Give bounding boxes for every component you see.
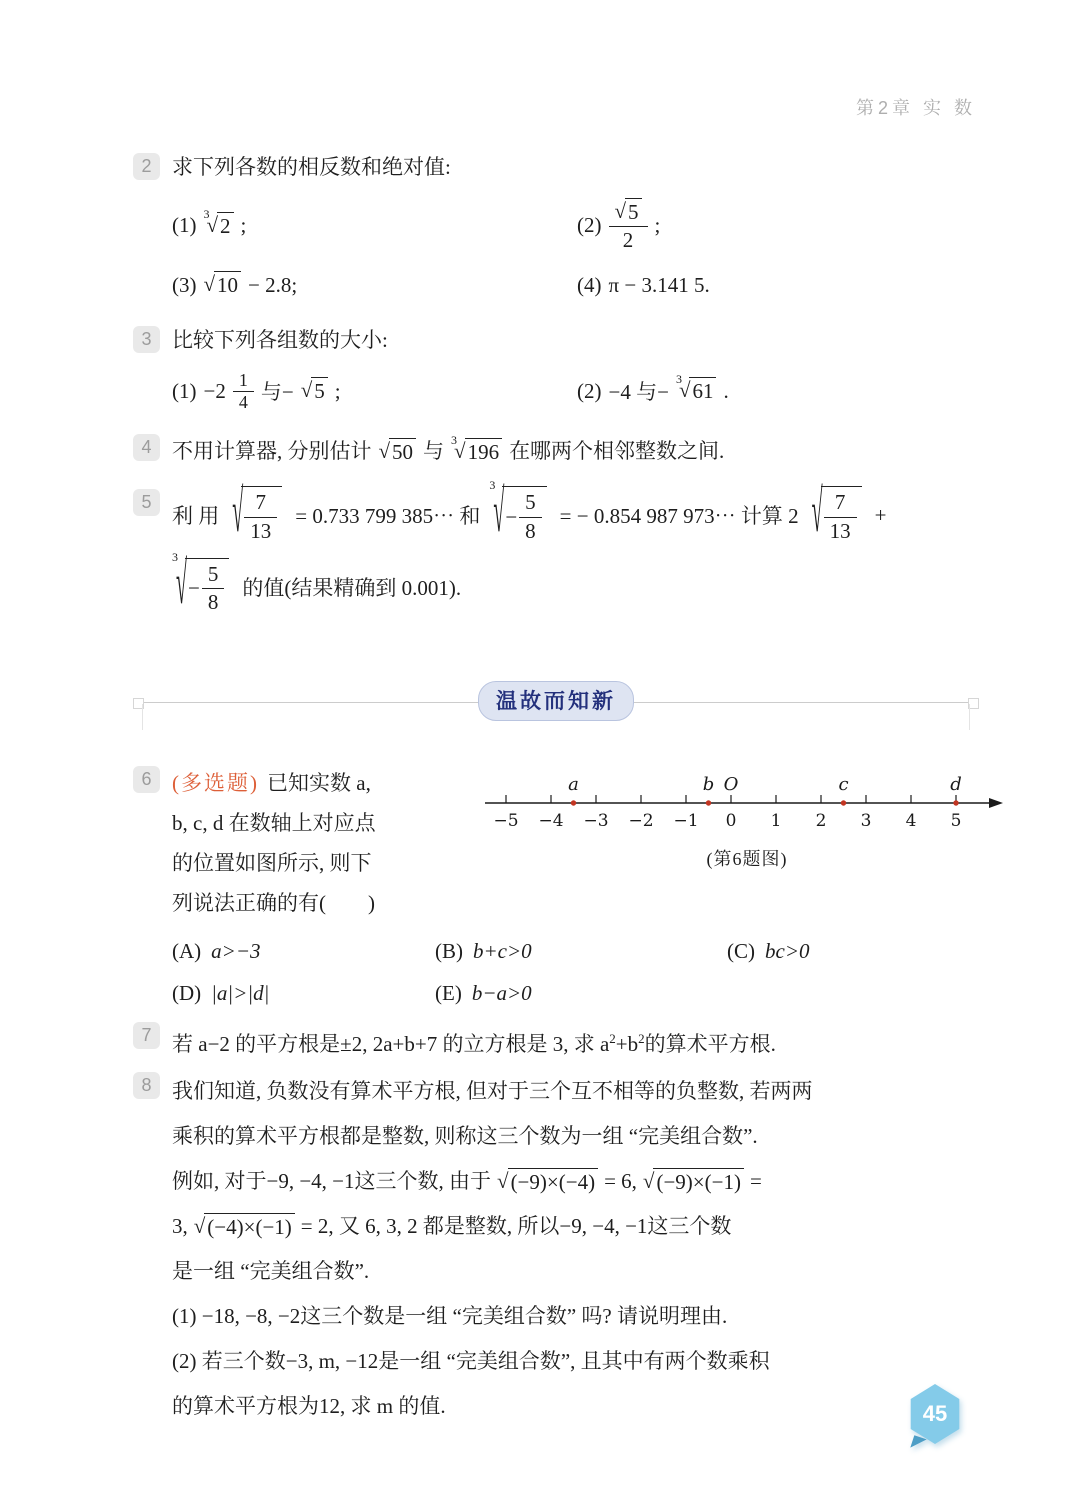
svg-text:4: 4 <box>906 811 917 831</box>
svg-text:−4: −4 <box>538 811 563 831</box>
fraction: 58 <box>202 562 225 615</box>
item-after: − 2.8; <box>248 273 297 298</box>
problem-8-line-4: 3, √(−4)×(−1) = 2, 又 6, 3, 2 都是整数, 所以−9,… <box>172 1204 979 1249</box>
root-index: 3 <box>676 373 682 385</box>
item-after: ; <box>655 213 661 238</box>
problem-6-content: (多选题)已知实数 a, b, c, d 在数轴上对应点 的位置如图所示, 则下… <box>172 763 1012 1013</box>
svg-text:O: O <box>724 774 739 795</box>
numberline-svg: −5−4−3−2−1012345Oabcd <box>482 767 1012 831</box>
item-label: (2) <box>577 379 602 404</box>
mixed-number-integer: −2 <box>204 379 226 404</box>
square-root: √(−4)×(−1) <box>194 1213 295 1240</box>
option-expr: b−a>0 <box>472 973 532 1013</box>
problem-5-line-2: 3√−58 的值(结果精确到 0.001). <box>172 558 979 615</box>
problem-2-item-4: (4) π − 3.141 5. <box>577 273 979 298</box>
radicand: 713 <box>821 486 862 543</box>
radicand: 196 <box>465 438 503 465</box>
equation-text: = − 0.854 987 973⋯ 计算 2 <box>560 500 799 530</box>
svg-text:d: d <box>950 774 962 795</box>
text: 已知实数 a, <box>267 771 371 795</box>
equation-text: = 0.733 799 385⋯ 和 <box>295 500 480 530</box>
radicand: 5 <box>311 377 328 404</box>
problem-7-content: 若 a−2 的平方根是±2, 2a+b+7 的立方根是 3, 求 a2+b2的算… <box>172 1019 979 1061</box>
problem-7-number-badge: 7 <box>133 1022 160 1049</box>
fraction-denominator: 13 <box>244 517 277 544</box>
numberline-figure: −5−4−3−2−1012345Oabcd (第6题图) <box>482 763 1012 923</box>
problem-8-content: 我们知道, 负数没有算术平方根, 但对于三个互不相等的负整数, 若两两 乘积的算… <box>172 1069 979 1429</box>
square-root: √(−9)×(−4) <box>497 1168 598 1195</box>
problem-5: 5 利 用 √713 = 0.733 799 385⋯ 和 3√−58 = − … <box>133 486 979 629</box>
fraction: 1 4 <box>233 371 254 412</box>
problem-4-number-badge: 4 <box>133 434 160 461</box>
item-label: (3) <box>172 273 197 298</box>
radical-sign: √ <box>493 483 504 543</box>
problem-2: 2 求下列各数的相反数和绝对值: (1) 3√2 ; (2) √5 2 <box>133 150 979 299</box>
problem-2-content: 求下列各数的相反数和绝对值: (1) 3√2 ; (2) √5 2 ; <box>172 150 979 299</box>
root-index: 3 <box>204 208 210 220</box>
svg-text:−3: −3 <box>583 811 608 831</box>
fraction-denominator: 2 <box>609 226 648 253</box>
problem-4-line: 不用计算器, 分别估计 √50 与 3√196 在哪两个相邻整数之间. <box>172 434 979 468</box>
item-mid: 与− <box>261 376 294 406</box>
divider-corner-left-line <box>142 704 143 730</box>
text-pre: 不用计算器, 分别估计 <box>172 434 372 468</box>
multi-select-tag: (多选题) <box>172 771 259 795</box>
svg-text:c: c <box>838 774 848 795</box>
item-after: . <box>723 379 728 404</box>
cube-root: 3√196 <box>451 438 502 465</box>
fraction-denominator: 8 <box>519 517 542 544</box>
problem-2-number-badge: 2 <box>133 153 160 180</box>
svg-text:−1: −1 <box>673 811 698 831</box>
fraction-numerator: √5 <box>609 198 648 226</box>
svg-text:0: 0 <box>726 811 737 831</box>
text-after: 的值(结果精确到 0.001). <box>242 572 461 602</box>
problem-3: 3 比较下列各组数的大小: (1) −2 1 4 与− √5 ; <box>133 323 979 412</box>
fraction: 713 <box>824 490 857 543</box>
problem-8-line-2: 乘积的算术平方根都是整数, 则称这三个数为一组 “完美组合数”. <box>172 1114 979 1159</box>
problem-5-content: 利 用 √713 = 0.733 799 385⋯ 和 3√−58 = − 0.… <box>172 486 979 629</box>
text-pre: 利 用 <box>172 500 219 530</box>
problem-8-number-badge: 8 <box>133 1072 160 1099</box>
problem-6-line-2: b, c, d 在数轴上对应点 <box>172 803 474 843</box>
problem-6-text: (多选题)已知实数 a, b, c, d 在数轴上对应点 的位置如图所示, 则下… <box>172 763 474 923</box>
radical-sign: √ <box>812 483 823 543</box>
option-label: (E) <box>435 973 462 1013</box>
fraction-numerator: 5 <box>519 490 542 516</box>
problem-5-number-badge: 5 <box>133 489 160 516</box>
problem-7-line: 若 a−2 的平方根是±2, 2a+b+7 的立方根是 3, 求 a2+b2的算… <box>172 1022 979 1061</box>
item-label: (2) <box>577 213 602 238</box>
option-expr: b+c>0 <box>473 931 532 971</box>
option-expr: a>−3 <box>211 931 260 971</box>
option-c: (C)bc>0 <box>727 931 1012 971</box>
item-label: (1) <box>172 379 197 404</box>
equation-text: = <box>750 1159 762 1204</box>
problem-6-line-4: 列说法正确的有( ) <box>172 883 474 923</box>
square-root: √5 <box>615 198 642 225</box>
option-b: (B)b+c>0 <box>435 931 727 971</box>
section-divider: 温故而知新 <box>133 681 979 727</box>
divider-corner-right-line <box>969 704 970 730</box>
option-a: (A)a>−3 <box>172 931 435 971</box>
fraction: 58 <box>519 490 542 543</box>
radicand: (−9)×(−1) <box>653 1168 744 1195</box>
cube-root: 3√2 <box>204 212 234 239</box>
problem-2-title: 求下列各数的相反数和绝对值: <box>172 152 979 182</box>
radical-sign: √ <box>232 483 243 543</box>
big-cube-root: 3√−58 <box>493 486 546 543</box>
radicand: 713 <box>241 486 282 543</box>
svg-text:−5: −5 <box>493 811 518 831</box>
svg-text:1: 1 <box>771 811 782 831</box>
problem-4-content: 不用计算器, 分别估计 √50 与 3√196 在哪两个相邻整数之间. <box>172 431 979 468</box>
item-expression: π − 3.141 5. <box>609 273 710 298</box>
problem-2-item-3: (3) √10 − 2.8; <box>172 271 577 298</box>
problem-3-items: (1) −2 1 4 与− √5 ; (2) −4 与− 3√61 <box>172 371 979 412</box>
big-square-root: √713 <box>812 486 862 543</box>
problem-5-line-1: 利 用 √713 = 0.733 799 385⋯ 和 3√−58 = − 0.… <box>172 486 979 543</box>
problem-6-line-1: (多选题)已知实数 a, <box>172 763 474 803</box>
option-expr: bc>0 <box>765 931 810 971</box>
option-label: (B) <box>435 931 463 971</box>
square-root: √50 <box>379 438 417 465</box>
problem-7: 7 若 a−2 的平方根是±2, 2a+b+7 的立方根是 3, 求 a2+b2… <box>133 1019 979 1061</box>
square-root: √(−9)×(−1) <box>643 1168 744 1195</box>
option-label: (D) <box>172 973 201 1013</box>
fraction: 713 <box>244 490 277 543</box>
minus-sign: − <box>188 576 200 601</box>
problem-6-row: (多选题)已知实数 a, b, c, d 在数轴上对应点 的位置如图所示, 则下… <box>172 763 1012 923</box>
fraction-denominator: 8 <box>202 588 225 615</box>
option-label: (C) <box>727 931 755 971</box>
fraction-denominator: 13 <box>824 517 857 544</box>
problem-3-item-1: (1) −2 1 4 与− √5 ; <box>172 371 577 412</box>
cube-root: 3√61 <box>676 377 717 404</box>
fraction: √5 2 <box>609 198 648 253</box>
problem-3-content: 比较下列各组数的大小: (1) −2 1 4 与− √5 ; ( <box>172 323 979 412</box>
item-label: (1) <box>172 213 197 238</box>
big-square-root: √713 <box>232 486 282 543</box>
svg-text:3: 3 <box>861 811 872 831</box>
fraction-numerator: 1 <box>233 371 254 391</box>
text-pre: 3, <box>172 1204 188 1249</box>
text-pre: 若 a−2 的平方根是±2, 2a+b+7 的立方根是 3, 求 a <box>172 1032 609 1056</box>
radicand: (−9)×(−4) <box>508 1168 599 1195</box>
problem-6: 6 (多选题)已知实数 a, b, c, d 在数轴上对应点 的位置如图所示, … <box>133 763 979 1013</box>
svg-text:−2: −2 <box>628 811 653 831</box>
problem-3-item-2: (2) −4 与− 3√61 . <box>577 376 979 406</box>
text-mid: 与 <box>423 434 444 468</box>
fraction-numerator: 7 <box>824 490 857 516</box>
problem-2-item-1: (1) 3√2 ; <box>172 212 577 239</box>
plus-sign: + <box>875 503 887 528</box>
fraction-denominator: 4 <box>233 391 254 412</box>
problem-3-title: 比较下列各组数的大小: <box>172 325 979 355</box>
fraction-numerator: 7 <box>244 490 277 516</box>
main-content: 2 求下列各数的相反数和绝对值: (1) 3√2 ; (2) √5 2 <box>133 150 979 1429</box>
problem-2-items: (1) 3√2 ; (2) √5 2 ; (3) √10 <box>172 198 979 299</box>
root-index: 3 <box>451 434 457 446</box>
radicand: −58 <box>502 486 546 543</box>
equation-text: = 6, <box>604 1159 637 1204</box>
square-root: √10 <box>204 271 242 298</box>
problem-8-line-1: 我们知道, 负数没有算术平方根, 但对于三个互不相等的负整数, 若两两 <box>172 1069 979 1114</box>
problem-6-line-3: 的位置如图所示, 则下 <box>172 843 474 883</box>
option-expr: |a|>|d| <box>211 973 269 1013</box>
svg-text:a: a <box>568 774 579 795</box>
page-badge-tail <box>910 1435 926 1451</box>
item-pre: −4 与− <box>609 376 669 406</box>
review-section-badge: 温故而知新 <box>478 681 634 721</box>
fraction-numerator: 5 <box>202 562 225 588</box>
problem-6-options: (A)a>−3 (B)b+c>0 (C)bc>0 (D)|a|>|d| (E)b… <box>172 931 1012 1013</box>
radicand: 10 <box>214 271 241 298</box>
item-label: (4) <box>577 273 602 298</box>
svg-text:5: 5 <box>951 811 962 831</box>
option-label: (A) <box>172 931 201 971</box>
problem-4: 4 不用计算器, 分别估计 √50 与 3√196 在哪两个相邻整数之间. <box>133 431 979 468</box>
problem-8: 8 我们知道, 负数没有算术平方根, 但对于三个互不相等的负整数, 若两两 乘积… <box>133 1069 979 1429</box>
problem-8-line-3: 例如, 对于−9, −4, −1这三个数, 由于 √(−9)×(−4) = 6,… <box>172 1159 979 1204</box>
page-number-badge: 45 <box>908 1384 962 1444</box>
text-after: 的算术平方根. <box>645 1032 776 1056</box>
problem-6-number-badge: 6 <box>133 766 160 793</box>
text-after: 在哪两个相邻整数之间. <box>509 434 724 468</box>
option-d: (D)|a|>|d| <box>172 973 435 1013</box>
minus-sign: − <box>505 505 517 530</box>
radicand: (−4)×(−1) <box>204 1213 295 1240</box>
problem-3-number-badge: 3 <box>133 326 160 353</box>
textbook-page: 第2章 实 数 2 求下列各数的相反数和绝对值: (1) 3√2 ; (2) √… <box>0 0 1082 1508</box>
text-mid: +b <box>616 1032 638 1056</box>
radicand: 2 <box>217 212 234 239</box>
radicand: 5 <box>625 198 642 225</box>
radicand: −58 <box>185 558 229 615</box>
item-after: ; <box>335 379 341 404</box>
figure-caption: (第6题图) <box>482 845 1012 871</box>
big-cube-root: 3√−58 <box>176 558 229 615</box>
svg-text:2: 2 <box>816 811 827 831</box>
text-pre: 例如, 对于−9, −4, −1这三个数, 由于 <box>172 1159 491 1204</box>
problem-8-sub-2-cont: 的算术平方根为12, 求 m 的值. <box>172 1384 979 1429</box>
problem-2-item-2: (2) √5 2 ; <box>577 198 979 253</box>
option-e: (E)b−a>0 <box>435 973 727 1013</box>
problem-8-sub-1: (1) −18, −8, −2这三个数是一组 “完美组合数” 吗? 请说明理由. <box>172 1294 979 1339</box>
radicand: 61 <box>689 377 716 404</box>
radicand: 50 <box>389 438 416 465</box>
chapter-header: 第2章 实 数 <box>856 94 976 120</box>
square-root: √5 <box>301 377 328 404</box>
equation-text: = 2, 又 6, 3, 2 都是整数, 所以−9, −4, −1这三个数 <box>301 1204 732 1249</box>
problem-8-line-5: 是一组 “完美组合数”. <box>172 1249 979 1294</box>
problem-8-sub-2: (2) 若三个数−3, m, −12是一组 “完美组合数”, 且其中有两个数乘积 <box>172 1339 979 1384</box>
item-after: ; <box>241 213 247 238</box>
svg-text:b: b <box>703 774 715 795</box>
radical-sign: √ <box>176 555 187 615</box>
